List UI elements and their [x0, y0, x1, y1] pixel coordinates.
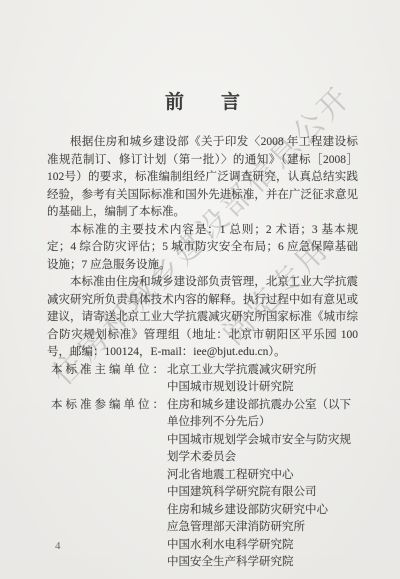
- participating-unit: 中国建筑科学研究院有限公司: [167, 484, 355, 502]
- participating-unit: 住房和城乡建设部抗震办公室（以下单位排列不分先后）: [167, 397, 355, 432]
- chief-editor-unit: 北京工业大学抗震减灾研究所: [167, 362, 355, 380]
- chief-editor-section: 本标准主编单位： 北京工业大学抗震减灾研究所 中国城市规划设计研究院: [51, 362, 358, 397]
- page-title: 前 言: [47, 93, 358, 113]
- page-content: 前 言 根据住房和城乡建设部《关于印发〈2008 年工程建设标准规范制订、修订计…: [47, 93, 358, 572]
- participating-units: 住房和城乡建设部抗震办公室（以下单位排列不分先后） 中国城市规划学会城市安全与防…: [167, 397, 355, 572]
- paragraph-management: 本标准由住房和城乡建设部负责管理，北京工业大学抗震减灾研究所负责具体技术内容的解…: [47, 274, 358, 362]
- chief-editor-units: 北京工业大学抗震减灾研究所 中国城市规划设计研究院: [167, 362, 355, 397]
- scanned-document-page: 住房和城乡建设部信息公开 阅览专用 前 言 根据住房和城乡建设部《关于印发〈20…: [0, 0, 400, 579]
- participating-label: 本标准参编单位：: [51, 397, 167, 415]
- page-number: 4: [55, 540, 61, 552]
- chief-editor-label: 本标准主编单位：: [51, 362, 167, 380]
- participating-unit: 应急管理部天津消防研究所: [167, 519, 355, 537]
- paragraph-contents: 本标准的主要技术内容是：1 总则；2 术语；3 基本规定；4 综合防灾评估；5 …: [47, 222, 358, 275]
- participating-unit: 中国水利水电科学研究院: [167, 537, 355, 555]
- participating-unit: 河北省地震工程研究中心: [167, 467, 355, 485]
- paragraph-basis: 根据住房和城乡建设部《关于印发〈2008 年工程建设标准规范制订、修订计划（第一…: [47, 134, 358, 222]
- participating-section: 本标准参编单位： 住房和城乡建设部抗震办公室（以下单位排列不分先后） 中国城市规…: [51, 397, 358, 572]
- chief-editor-unit: 中国城市规划设计研究院: [167, 379, 355, 397]
- participating-unit: 中国安全生产科学研究院: [167, 554, 355, 572]
- participating-unit: 住房和城乡建设部防灾研究中心: [167, 502, 355, 520]
- participating-unit: 中国城市规划学会城市安全与防灾规划学术委员会: [167, 432, 355, 467]
